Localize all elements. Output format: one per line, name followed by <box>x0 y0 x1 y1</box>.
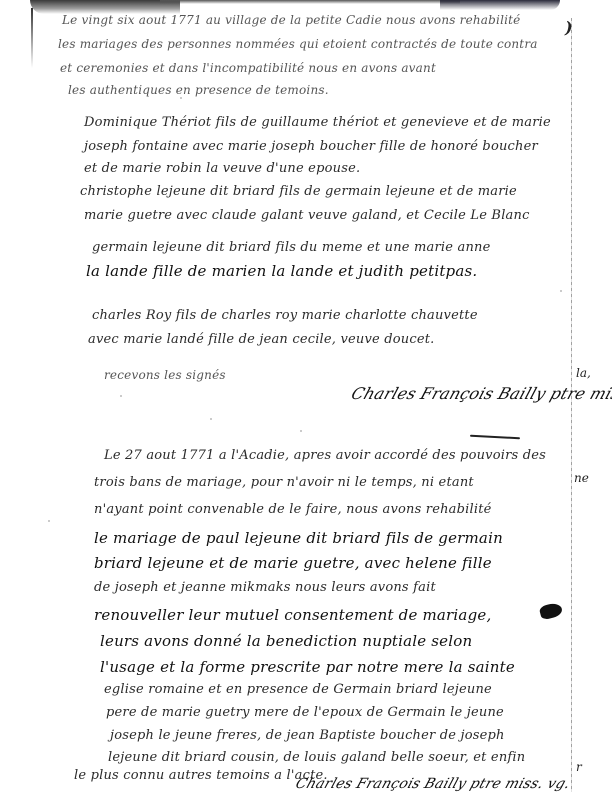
entry-5-line-2: trois bans de mariage, pour n'avoir ni l… <box>94 475 474 490</box>
entry-5-line-13: lejeune dit briard cousin, de louis gala… <box>108 750 525 765</box>
ink-blot <box>539 601 564 620</box>
page-right-border <box>571 18 572 792</box>
entry-5-line-1: Le 27 aout 1771 a l'Acadie, apres avoir … <box>104 448 546 463</box>
curl-mark: ) <box>565 18 573 37</box>
entry-5-line-7: renouveller leur mutuel consentement de … <box>94 606 491 624</box>
entry-5-line-6: de joseph et jeanne mikmaks nous leurs a… <box>94 580 436 595</box>
scan-shadow-top-left <box>30 0 180 14</box>
entry-4-line-3: recevons les signés <box>104 368 226 382</box>
scan-shadow-top-center <box>160 0 460 4</box>
margin-mark-2: ne <box>574 471 589 485</box>
scan-shadow-top-right <box>440 0 560 10</box>
scan-noise <box>560 290 562 292</box>
signature-1: Charles François Bailly ptre miss vg <box>349 384 612 403</box>
entry-5-line-3: n'ayant point convenable de le faire, no… <box>94 502 492 517</box>
entry-4-line-1: charles Roy fils de charles roy marie ch… <box>92 308 478 323</box>
entry-5-line-9: l'usage et la forme prescrite par notre … <box>100 658 515 676</box>
entry-5-line-11: pere de marie guetry mere de l'epoux de … <box>106 705 504 720</box>
entry-2-line-3: et de marie robin la veuve d'une epouse. <box>84 161 360 176</box>
page-left-edge <box>31 8 33 68</box>
entry-1-line-4: les authentiques en presence de temoins. <box>68 83 329 97</box>
entry-2-line-1: Dominique Thériot fils de guillaume thér… <box>84 115 551 130</box>
entry-1-line-3: et ceremonies et dans l'incompatibilité … <box>60 61 436 75</box>
scan-noise <box>210 418 212 420</box>
entry-5-line-10: eglise romaine et en presence de Germain… <box>104 682 492 697</box>
margin-mark-3: r <box>576 760 582 774</box>
entry-1-line-2: les mariages des personnes nommées qui e… <box>58 37 538 51</box>
entry-3-line-4: la lande fille de marien la lande et jud… <box>86 262 477 280</box>
scan-noise <box>48 520 50 522</box>
entry-3-line-2: marie guetre avec claude galant veuve ga… <box>84 208 530 223</box>
entry-2-line-2: joseph fontaine avec marie joseph bouche… <box>84 139 538 154</box>
entry-5-line-12: joseph le jeune freres, de jean Baptiste… <box>110 728 505 743</box>
entry-4-line-2: avec marie landé fille de jean cecile, v… <box>88 332 435 347</box>
scan-noise <box>180 97 182 99</box>
margin-mark-1: la, <box>576 366 591 380</box>
entry-5-line-4: le mariage de paul lejeune dit briard fi… <box>94 529 503 547</box>
scan-noise <box>300 430 302 432</box>
entry-3-line-1: christophe lejeune dit briard fils de ge… <box>80 184 517 199</box>
entry-5-line-8: leurs avons donné la benediction nuptial… <box>100 632 472 650</box>
entry-1-line-1: Le vingt six aout 1771 au village de la … <box>62 13 520 27</box>
signature-1-flourish <box>470 435 520 440</box>
entry-5-line-14: le plus connu autres temoins a l'acte. <box>74 768 328 783</box>
scan-noise <box>120 395 122 397</box>
entry-5-line-5: briard lejeune et de marie guetre, avec … <box>94 554 492 572</box>
signature-2: Charles François Bailly ptre miss. vg. <box>293 776 572 792</box>
entry-3-line-3: germain lejeune dit briard fils du meme … <box>92 240 490 255</box>
